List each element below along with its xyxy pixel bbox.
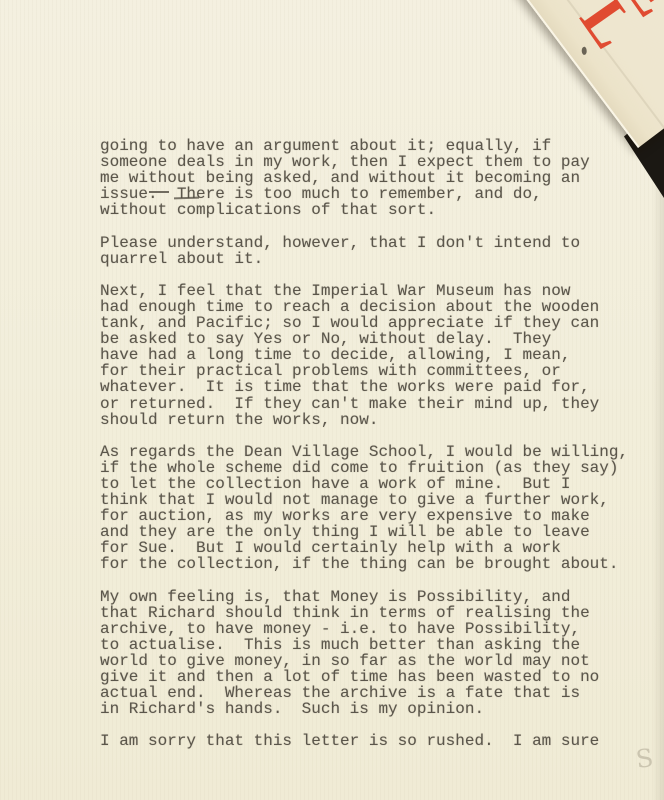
letter-paragraph: Next, I feel that the Imperial War Museu… <box>100 283 628 428</box>
typed-underline-mark <box>149 191 169 193</box>
letter-paragraph: My own feeling is, that Money is Possibi… <box>100 589 628 718</box>
letter-paragraph: As regards the Dean Village School, I wo… <box>100 444 628 573</box>
page-edge-shadow <box>652 185 664 800</box>
letter-page: going to have an argument about it; equa… <box>0 0 664 800</box>
letter-paragraph: I am sorry that this letter is so rushed… <box>100 733 628 749</box>
scanned-letter-photo: { "document": { "kind": "typewritten let… <box>0 0 664 800</box>
letter-body: going to have an argument about it; equa… <box>100 138 628 766</box>
letter-paragraph: going to have an argument about it; equa… <box>100 138 628 218</box>
letter-paragraph: Please understand, however, that I don't… <box>100 235 628 267</box>
